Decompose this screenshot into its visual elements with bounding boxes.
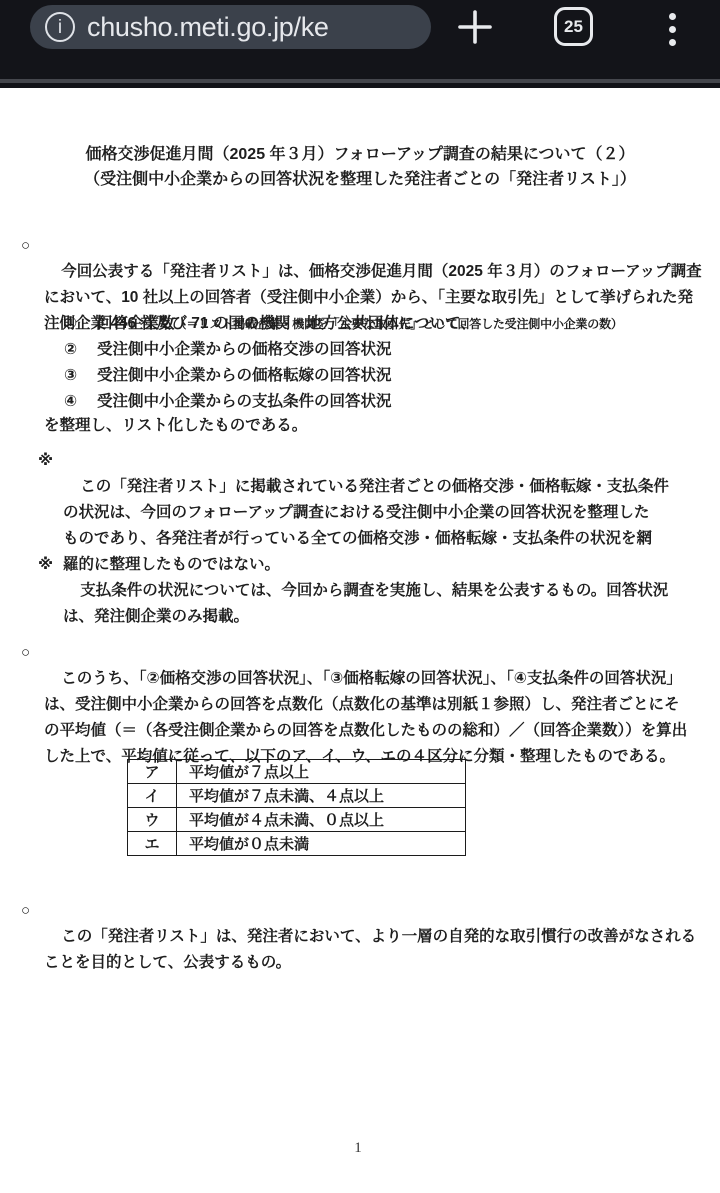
item-number: ③: [64, 363, 97, 389]
table-row: イ 平均値が７点未満、４点以上: [128, 784, 466, 808]
paragraph-1-bullet: ○: [21, 233, 30, 259]
url-text: chusho.meti.go.jp/ke: [87, 12, 329, 43]
list-item: ④受注側中小企業からの支払条件の回答状況: [0, 389, 720, 415]
kebab-menu-icon: [669, 26, 676, 33]
classification-table: ア 平均値が７点以上 イ 平均値が７点未満、４点以上 ウ 平均値が４点未満、０点…: [127, 759, 466, 856]
table-row: ウ 平均値が４点未満、０点以上: [128, 808, 466, 832]
item-text: 受注側中小企業からの支払条件の回答状況: [97, 393, 392, 410]
kebab-menu-icon: [669, 13, 676, 20]
item-text: 受注側中小企業からの価格交渉の回答状況: [97, 341, 392, 358]
paragraph-3-text: この「発注者リスト」は、発注者において、より一層の自発的な取引慣行の改善がなされ…: [44, 928, 696, 971]
toolbar-divider: [0, 79, 720, 83]
item-number: ②: [64, 337, 97, 363]
table-cell-key: ウ: [128, 808, 177, 832]
note-marker: ※: [38, 552, 53, 578]
table-cell-key: エ: [128, 832, 177, 856]
numbered-list: ①回答企業数（＝リスト掲載企業・機関を「主要な取引先」として回答した受注側中小企…: [0, 311, 720, 415]
table-cell-desc: 平均値が７点以上: [177, 760, 466, 784]
browser-toolbar: i chusho.meti.go.jp/ke 25: [0, 0, 720, 88]
item-text: 受注側中小企業からの価格転嫁の回答状況: [97, 367, 392, 384]
table-cell-key: イ: [128, 784, 177, 808]
page-number: 1: [0, 1140, 716, 1157]
table-row: ア 平均値が７点以上: [128, 760, 466, 784]
table-cell-desc: 平均値が０点未満: [177, 832, 466, 856]
list-item: ②受注側中小企業からの価格交渉の回答状況: [0, 337, 720, 363]
tab-count-badge: 25: [564, 17, 583, 37]
item-text: 回答企業数: [97, 315, 175, 332]
list-item: ①回答企業数（＝リスト掲載企業・機関を「主要な取引先」として回答した受注側中小企…: [0, 311, 720, 337]
paragraph-3: ○この「発注者リスト」は、発注者において、より一層の自発的な取引慣行の改善がなさ…: [44, 898, 714, 1002]
site-info-icon[interactable]: i: [45, 12, 75, 42]
document-title: 価格交渉促進月間（2025 年３月）フォローアップ調査の結果について（２） （受…: [0, 142, 720, 192]
paragraph-2-text: このうち、「②価格交渉の回答状況」、「③価格転嫁の回答状況」、「④支払条件の回答…: [44, 670, 687, 765]
note-marker: ※: [38, 448, 53, 474]
browser-menu-button[interactable]: [660, 9, 684, 49]
item-number: ①: [64, 311, 97, 337]
item-number: ④: [64, 389, 97, 415]
kebab-menu-icon: [669, 39, 676, 46]
item-note: （＝リスト掲載企業・機関を「主要な取引先」として回答した受注側中小企業の数）: [175, 317, 623, 331]
tab-switcher-button[interactable]: 25: [554, 7, 593, 46]
table-cell-desc: 平均値が４点未満、０点以上: [177, 808, 466, 832]
paragraph-3-bullet: ○: [21, 898, 30, 924]
table-cell-key: ア: [128, 760, 177, 784]
paragraph-1-closing: を整理し、リスト化したものである。: [44, 413, 714, 439]
url-bar[interactable]: i chusho.meti.go.jp/ke: [30, 5, 431, 49]
table-row: エ 平均値が０点未満: [128, 832, 466, 856]
new-tab-button[interactable]: [455, 7, 495, 47]
note-text: 支払条件の状況については、今回から調査を実施し、結果を公表するもの。回答状況 は…: [63, 582, 668, 625]
list-item: ③受注側中小企業からの価格転嫁の回答状況: [0, 363, 720, 389]
plus-icon: [456, 8, 494, 46]
paragraph-2-bullet: ○: [21, 640, 30, 666]
table-cell-desc: 平均値が７点未満、４点以上: [177, 784, 466, 808]
pdf-page: 価格交渉促進月間（2025 年３月）フォローアップ調査の結果について（２） （受…: [0, 88, 720, 1193]
